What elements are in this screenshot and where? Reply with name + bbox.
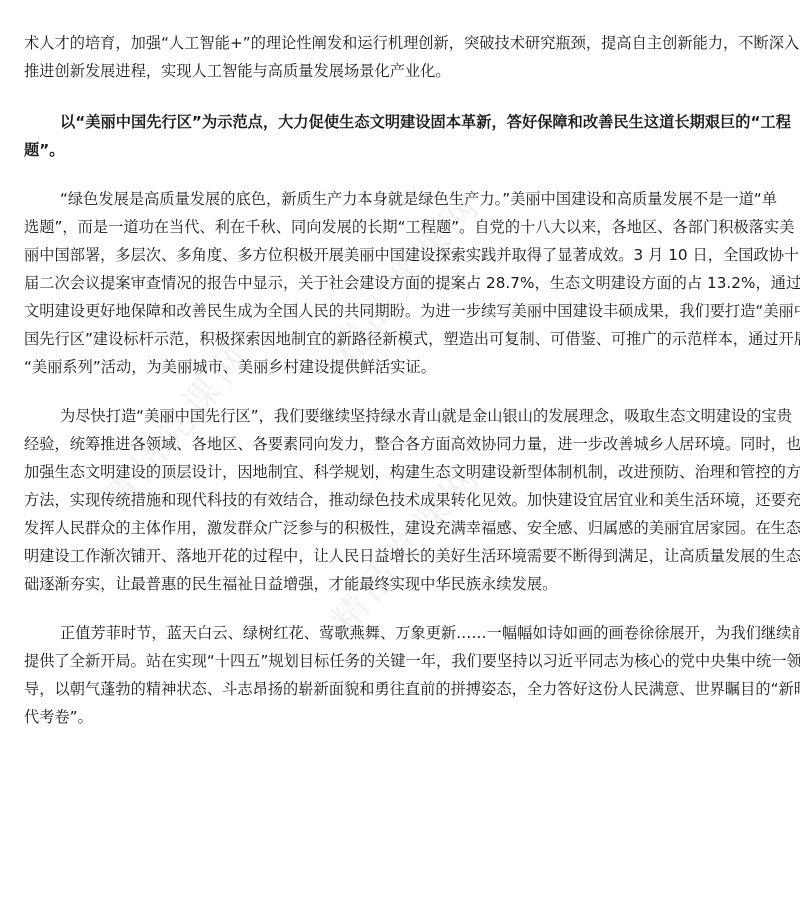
text-line: 正值芳菲时节，蓝天白云、绿树红花、莺歌燕舞、万象更新……一幅幅如诗如画的画卷徐徐… (60, 619, 776, 647)
text-line: “美丽系列”活动，为美丽城市、美丽乡村建设提供鲜活实证。 (24, 353, 776, 381)
text-line: 明建设工作渐次铺开、落地开花的过程中，让人民日益增长的美好生活环境需要不断得到满… (24, 542, 776, 570)
heading-line: 题”。 (24, 136, 776, 164)
text-line: 术人才的培育，加强“人工智能+”的理论性阐发和运行机理创新，突破技术研究瓶颈，提… (24, 29, 776, 57)
text-line: 提供了全新开局。站在实现“十四五”规划目标任务的关键一年，我们要坚持以习近平同志… (24, 647, 776, 675)
text-line: 届二次会议提案审查情况的报告中显示，关于社会建设方面的提案占 28.7%，生态文… (24, 269, 776, 297)
text-line: 为尽快打造“美丽中国先行区”，我们要继续坚持绿水青山就是金山银山的发展理念，吸取… (60, 402, 776, 430)
text-line: 国先行区”建设标杆示范，积极探索因地制宜的新路径新模式，塑造出可复制、可借鉴、可… (24, 325, 776, 353)
text-line: 选题”，而是一道功在当代、利在千秋、同向发展的长期“工程题”。自党的十八大以来，… (24, 213, 776, 241)
text-line: 础逐渐夯实，让最普惠的民生福祉日益增强，才能最终实现中华民族永续发展。 (24, 570, 776, 598)
text-line: 导，以朝气蓬勃的精神状态、斗志昂扬的崭新面貌和勇往直前的拼搏姿态，全力答好这份人… (24, 675, 776, 703)
text-line: 推进创新发展进程，实现人工智能与高质量发展场景化产业化。 (24, 57, 776, 85)
text-line: 方法，实现传统措施和现代科技的有效结合，推动绿色技术成果转化见效。加快建设宜居宜… (24, 486, 776, 514)
text-line: 经验，统筹推进各领域、各地区、各要素同向发力，整合各方面高效协同力量，进一步改善… (24, 430, 776, 458)
text-line: 发挥人民群众的主体作用，激发群众广泛参与的积极性，建设充满幸福感、安全感、归属感… (24, 514, 776, 542)
heading-line: 以“美丽中国先行区”为示范点，大力促使生态文明建设固本革新，答好保障和改善民生这… (60, 108, 776, 136)
text-line: “绿色发展是高质量发展的底色，新质生产力本身就是绿色生产力。”美丽中国建设和高质… (60, 185, 776, 213)
text-line: 丽中国部署，多层次、多角度、多方位积极开展美丽中国建设探索实践并取得了显著成效。… (24, 241, 776, 269)
text-line: 文明建设更好地保障和改善民生成为全国人民的共同期盼。为进一步续写美丽中国建设丰硕… (24, 297, 776, 325)
text-line: 加强生态文明建设的顶层设计，因地制宜、科学规划，构建生态文明建设新型体制机制，改… (24, 458, 776, 486)
document-page: 精品党课网 精品党课网 精品党课网 术人才的培育，加强“人工智能+”的理论性阐发… (0, 0, 800, 920)
text-line: 代考卷”。 (24, 703, 776, 731)
